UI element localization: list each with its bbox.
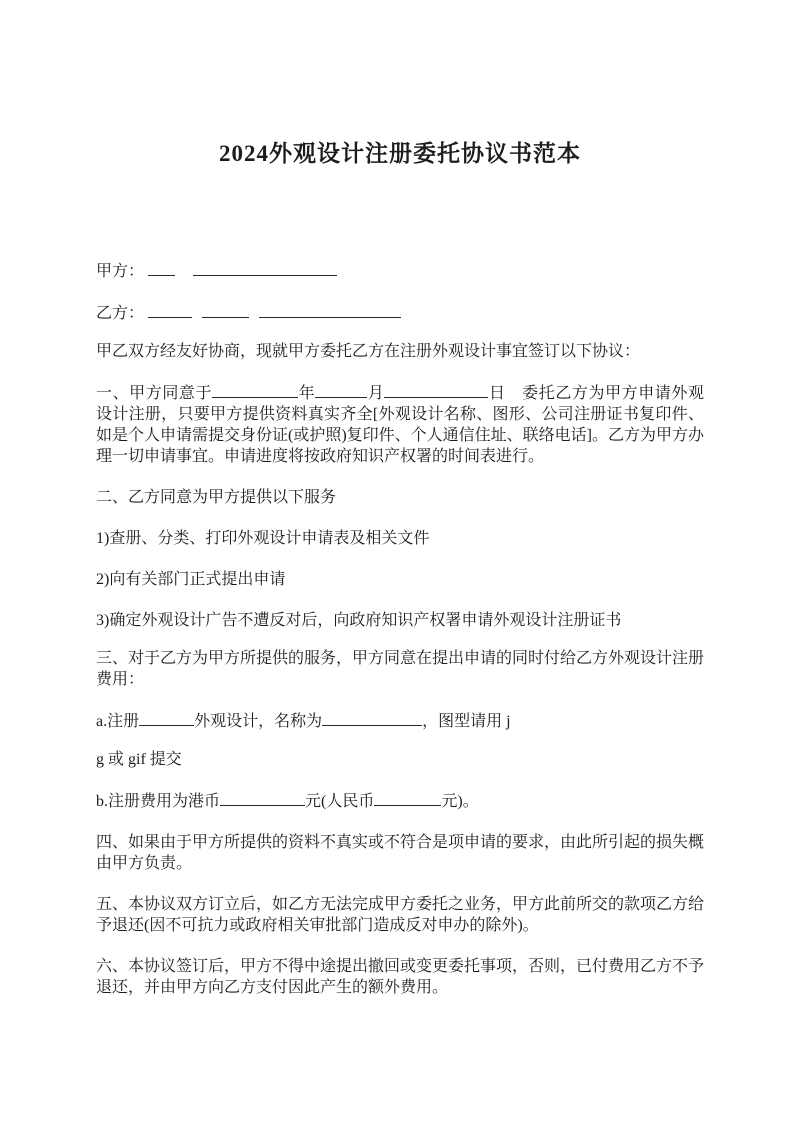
clause-1: 一、甲方同意于年月日 委托乙方为甲方申请外观设计注册，只要甲方提供资料真实齐全[… xyxy=(96,382,704,467)
clause-3-item-a: a.注册外观设计，名称为，图型请用 j xyxy=(96,710,704,732)
document-page: 2024外观设计注册委托协议书范本 甲方： 乙方： 甲乙双方经友好协商，现就甲方… xyxy=(0,0,793,1122)
item-a-mid: 外观设计，名称为 xyxy=(194,713,322,730)
clause-6: 六、本协议签订后，甲方不得中途提出撤回或变更委托事项，否则，已付费用乙方不予退还… xyxy=(96,956,704,998)
intro-paragraph: 甲乙双方经友好协商，现就甲方委托乙方在注册外观设计事宜签订以下协议： xyxy=(96,341,704,362)
month-label: 月 xyxy=(367,385,384,402)
fill-in-blank-year xyxy=(212,382,298,398)
service-item-3: 3)确定外观设计广告不遭反对后，向政府知识产权署申请外观设计注册证书 xyxy=(96,610,704,631)
item-a-tail: ，图型请用 j xyxy=(422,713,510,730)
fill-in-blank xyxy=(259,302,401,318)
service-item-2: 2)向有关部门正式提出申请 xyxy=(96,569,704,590)
clause-1-lead: 一、甲方同意于 xyxy=(96,385,212,402)
clause-4: 四、如果由于甲方所提供的资料不真实或不符合是项申请的要求，由此所引起的损失概由甲… xyxy=(96,832,704,874)
party-a-label: 甲方： xyxy=(96,263,144,280)
clause-3-item-b: b.注册费用为港币元(人民币元)。 xyxy=(96,790,704,812)
fill-in-blank xyxy=(322,710,422,726)
clause-3-item-a-continuation: g 或 gif 提交 xyxy=(96,749,704,770)
fill-in-blank-day xyxy=(384,382,488,398)
fill-in-blank xyxy=(148,260,175,276)
party-b-line: 乙方： xyxy=(96,302,704,324)
item-b-lead: b.注册费用为港币 xyxy=(96,793,220,810)
party-b-label: 乙方： xyxy=(96,305,144,322)
year-label: 年 xyxy=(298,385,315,402)
item-b-tail: 元)。 xyxy=(441,793,478,810)
fill-in-blank xyxy=(193,260,337,276)
fill-in-blank xyxy=(202,302,249,318)
item-a-lead: a.注册 xyxy=(96,713,139,730)
fill-in-blank xyxy=(374,790,441,806)
clause-2-heading: 二、乙方同意为甲方提供以下服务 xyxy=(96,487,704,508)
document-title: 2024外观设计注册委托协议书范本 xyxy=(96,137,704,170)
party-a-line: 甲方： xyxy=(96,260,704,282)
clause-5: 五、本协议双方订立后，如乙方无法完成甲方委托之业务，甲方此前所交的款项乙方给予退… xyxy=(96,894,704,936)
fill-in-blank-month xyxy=(315,382,367,398)
fill-in-blank xyxy=(148,302,192,318)
clause-3-heading: 三、对于乙方为甲方所提供的服务，甲方同意在提出申请的同时付给乙方外观设计注册费用… xyxy=(96,648,704,690)
fill-in-blank xyxy=(220,790,305,806)
fill-in-blank xyxy=(139,710,194,726)
service-item-1: 1)查册、分类、打印外观设计申请表及相关文件 xyxy=(96,528,704,549)
item-b-mid: 元(人民币 xyxy=(305,793,374,810)
